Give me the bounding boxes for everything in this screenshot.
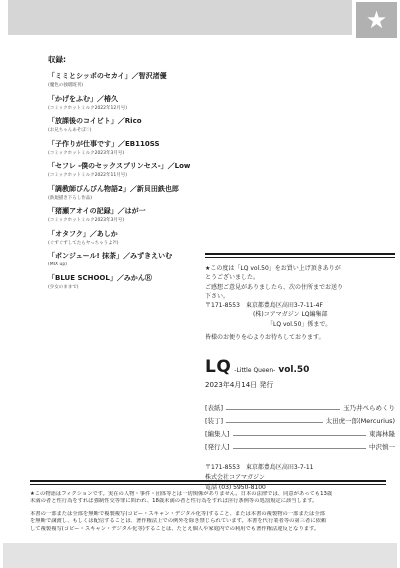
divider-double-top xyxy=(205,253,395,258)
credit-label: [編集人] xyxy=(205,429,230,438)
credit-row: [発行人] 中沢慎一 xyxy=(205,442,395,451)
letter-address-line: 「LQ vol.50」係まで。 xyxy=(267,320,395,329)
work-title: 「BLUE SCHOOL」／みかんⓇ xyxy=(48,273,213,283)
leader-line xyxy=(233,434,366,436)
divider-double-bottom xyxy=(30,480,386,485)
work-source: (ぐずぐずしてたらヤっちゃうよ?!) xyxy=(48,240,213,246)
work-source: (新規描き下ろし作品) xyxy=(48,195,213,201)
work-source: (魔色の独壇既刊) xyxy=(48,82,213,88)
credit-label: [表紙] xyxy=(205,403,223,412)
issue-date: 2023年4月14日 発行 xyxy=(205,380,395,390)
table-of-contents: 収録: 「ミミとシッポのセカイ」／智沢渚優 (魔色の独壇既刊) 「かげをふむ」／… xyxy=(48,54,213,295)
disclaimer-line: を無断で譲渡し、もしくは配信することは、著作権法上での例外を除き禁じられています… xyxy=(30,518,386,525)
credit-row: [編集人] 東海林隆 xyxy=(205,429,395,438)
toc-entry: 「子作りが仕事です」／EB110SS (コミックホットミルク2023年3月号) xyxy=(48,139,213,156)
credit-label: [発行人] xyxy=(205,442,230,451)
toc-heading: 収録: xyxy=(48,54,213,65)
publisher-line: 〒171-8553 東京都豊島区高田3-7-11 xyxy=(205,463,395,473)
toc-entry: 「放課後のコイビト」／Rico (お兄ちゃんあそぼ♡) xyxy=(48,116,213,133)
colophon-page: ★ 収録: 「ミミとシッポのセカイ」／智沢渚優 (魔色の独壇既刊) 「かげをふむ… xyxy=(0,0,400,568)
work-source: (コミックホットミルク2022年12月号) xyxy=(48,105,213,111)
fiction-disclaimer: ★この物語はフィクションです。実在の人物・事件・団体等とは一切関係がありません。… xyxy=(30,491,386,505)
toc-entry: 「ミミとシッポのセカイ」／智沢渚優 (魔色の独壇既刊) xyxy=(48,71,213,88)
credit-label: [装丁] xyxy=(205,416,223,425)
work-source: (コミックホットミルク2023年3月号) xyxy=(48,150,213,156)
credits-list: [表紙] 玉乃井ぺらめくり [装丁] 太田虎一郎(Mercurius) [編集人… xyxy=(205,403,395,451)
disclaimer-line: 本書の一部または全部を無断で複製複写(コピー・スキャン・デジタル化等)すること、… xyxy=(30,511,386,518)
toc-entry: 「ボンジュール! 抹茶」／みずきえいむ (MIX up) xyxy=(48,251,213,267)
toc-entry: 「セフレ -僕のセックスプリンセス-」／Low (コミックホットミルク2022年… xyxy=(48,161,213,178)
letter-line: ★この度は「LQ vol.50」をお買い上げ頂きありが xyxy=(205,264,395,273)
magazine-volume: vol.50 xyxy=(278,365,309,375)
footer-bar xyxy=(3,543,397,568)
credit-value: 玉乃井ぺらめくり xyxy=(343,403,395,412)
work-title: 「ミミとシッポのセカイ」／智沢渚優 xyxy=(48,71,213,81)
credit-row: [装丁] 太田虎一郎(Mercurius) xyxy=(205,416,395,425)
work-title: 「調教師びんびん物語2」／新貝田鉄也郎 xyxy=(48,184,213,194)
work-title: 「かげをふむ」／椿久 xyxy=(48,94,213,104)
reader-letter-note: ★この度は「LQ vol.50」をお買い上げ頂きありが とうございました。 ご感… xyxy=(205,264,395,342)
letter-closing: 皆様のお便りを心よりお待ちしております。 xyxy=(205,333,395,342)
credit-value: 太田虎一郎(Mercurius) xyxy=(326,416,395,425)
star-badge: ★ xyxy=(356,2,397,38)
work-title: 「ボンジュール! 抹茶」／みずきえいむ xyxy=(48,251,213,261)
disclaimer-line: ★この物語はフィクションです。実在の人物・事件・団体等とは一切関係がありません。… xyxy=(30,491,386,498)
leader-line xyxy=(233,447,366,449)
header-bar xyxy=(8,0,352,35)
magazine-brand: LQ xyxy=(205,357,231,377)
magazine-subtitle: -Little Queen- xyxy=(234,367,275,374)
credit-row: [表紙] 玉乃井ぺらめくり xyxy=(205,403,395,412)
star-icon: ★ xyxy=(366,8,388,32)
work-source: (コミックホットミルク2023年3月号) xyxy=(48,217,213,223)
magazine-title: LQ -Little Queen- vol.50 xyxy=(205,357,395,377)
work-title: 「子作りが仕事です」／EB110SS xyxy=(48,139,213,149)
work-title: 「放課後のコイビト」／Rico xyxy=(48,116,213,126)
letter-line: 下さい。 xyxy=(205,292,395,301)
disclaimer-line: 未満の者と性行為をすれば強制性交等罪に問われ、18歳未満の者と性行為をすれば淫行… xyxy=(30,498,386,505)
work-title: 「猪瀬アオイの記録」／はが一 xyxy=(48,206,213,216)
letter-address-line: (株)コアマガジン LQ編集部 xyxy=(253,310,395,319)
credit-value: 東海林隆 xyxy=(369,429,395,438)
copyright-disclaimer: 本書の一部または全部を無断で複製複写(コピー・スキャン・デジタル化等)すること、… xyxy=(30,511,386,532)
toc-entry: 「かげをふむ」／椿久 (コミックホットミルク2022年12月号) xyxy=(48,94,213,111)
work-source: (お兄ちゃんあそぼ♡) xyxy=(48,127,213,133)
toc-entry: 「猪瀬アオイの記録」／はが一 (コミックホットミルク2023年3月号) xyxy=(48,206,213,223)
work-source: (MIX up) xyxy=(48,262,213,267)
work-source: (少女のままで) xyxy=(48,284,213,290)
work-title: 「セフレ -僕のセックスプリンセス-」／Low xyxy=(48,161,213,171)
leader-line xyxy=(226,421,323,423)
work-source: (コミックホットミルク2022年11月号) xyxy=(48,172,213,178)
leader-line xyxy=(226,408,340,410)
work-title: 「オタフク」／あしか xyxy=(48,229,213,239)
letter-address-line: 〒171-8553 東京都豊島区高田3-7-11-4F xyxy=(205,301,395,310)
toc-entry: 「調教師びんびん物語2」／新貝田鉄也郎 (新規描き下ろし作品) xyxy=(48,184,213,201)
legal-disclaimer-section: ★この物語はフィクションです。実在の人物・事件・団体等とは一切関係がありません。… xyxy=(30,480,386,533)
credit-value: 中沢慎一 xyxy=(369,442,395,451)
publication-info-column: ★この度は「LQ vol.50」をお買い上げ頂きありが とうございました。 ご感… xyxy=(205,253,395,493)
disclaimer-line: して複製複写(コピー・スキャン・デジタル化等)することは、たとえ個人や家庭内での… xyxy=(30,526,386,533)
toc-entry: 「オタフク」／あしか (ぐずぐずしてたらヤっちゃうよ?!) xyxy=(48,229,213,246)
letter-line: ご感想ご意見がありましたら、次の住所までお送り xyxy=(205,283,395,292)
toc-entry: 「BLUE SCHOOL」／みかんⓇ (少女のままで) xyxy=(48,273,213,290)
letter-line: とうございました。 xyxy=(205,273,395,282)
